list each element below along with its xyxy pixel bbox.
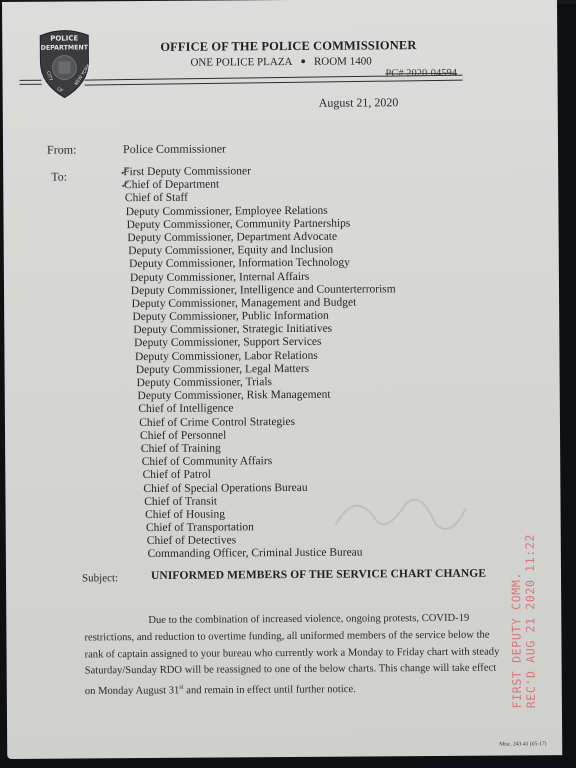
recipient-name: Deputy Commissioner, Trials xyxy=(137,376,272,389)
received-stamp: FIRST DEPUTY COMM. REC'D AUG 21 2020 11:… xyxy=(509,534,538,709)
recipient-name: Chief of Detectives xyxy=(147,535,237,548)
recipient-name: Deputy Commissioner, Legal Matters xyxy=(136,363,309,376)
from-label: From: xyxy=(47,142,76,157)
recipient-name: Chief of Department xyxy=(124,179,219,192)
form-code: Misc. 243-41 (05-17) xyxy=(499,741,546,747)
from-value: Police Commissioner xyxy=(123,141,226,157)
check-mark-icon: ✓ xyxy=(120,179,129,192)
memo-date: August 21, 2020 xyxy=(319,95,399,111)
bullet-separator-icon: ● xyxy=(300,56,306,66)
recipient-name: Deputy Commissioner, Management and Budg… xyxy=(132,296,357,310)
recipient-item: Commanding Officer, Criminal Justice Bur… xyxy=(148,547,398,562)
recipient-name: Chief of Transportation xyxy=(146,521,254,534)
recipient-name: Chief of Staff xyxy=(125,192,188,204)
recipient-name: Commanding Officer, Criminal Justice Bur… xyxy=(148,547,363,561)
svg-text:DEPARTMENT: DEPARTMENT xyxy=(41,44,89,51)
memo-page: POLICE DEPARTMENT CITY OF NEW YORK OFFIC… xyxy=(2,0,562,759)
address-room: ROOM 1400 xyxy=(314,55,372,67)
address-plaza: ONE POLICE PLAZA xyxy=(190,56,292,69)
stamp-line-received: REC'D AUG 21 2020 11:22 xyxy=(523,534,538,708)
subject-label: Subject: xyxy=(82,572,118,584)
recipient-name: Deputy Commissioner, Risk Management xyxy=(137,389,330,402)
check-mark-icon: ✓ xyxy=(119,166,128,179)
recipient-name: Deputy Commissioner, Information Technol… xyxy=(129,257,350,271)
recipient-name: Chief of Crime Control Strategies xyxy=(139,416,295,429)
to-label: To: xyxy=(51,170,67,185)
recipient-name: Deputy Commissioner, Labor Relations xyxy=(135,349,318,362)
recipient-name: First Deputy Commissioner xyxy=(123,165,251,178)
pc-number: PC# 2020-04594 xyxy=(385,68,457,79)
body-paragraph: Due to the combination of increased viol… xyxy=(84,611,501,701)
recipient-name: Chief of Housing xyxy=(145,508,225,521)
recipient-name: Chief of Personnel xyxy=(140,429,226,442)
recipient-name: Deputy Commissioner, Department Advocate xyxy=(127,231,337,244)
office-title: OFFICE OF THE POLICE COMMISSIONER xyxy=(160,38,416,55)
recipient-name: Chief of Patrol xyxy=(143,469,211,481)
recipient-name: Deputy Commissioner, Public Information xyxy=(132,310,328,323)
recipient-name: Deputy Commissioner, Strategic Initiativ… xyxy=(133,323,332,336)
office-address: ONE POLICE PLAZA●ROOM 1400 xyxy=(190,55,371,68)
svg-text:POLICE: POLICE xyxy=(50,34,78,42)
recipient-name: Chief of Training xyxy=(141,442,221,455)
stamp-line-office: FIRST DEPUTY COMM. xyxy=(509,534,524,708)
recipient-name: Deputy Commissioner, Community Partnersh… xyxy=(127,217,351,231)
recipient-name: Deputy Commissioner, Internal Affairs xyxy=(130,270,310,283)
bleed-through-signature xyxy=(325,484,475,545)
recipient-name: Deputy Commissioner, Employee Relations xyxy=(126,204,328,217)
recipient-name: Deputy Commissioner, Support Services xyxy=(134,336,321,349)
recipient-name: Deputy Commissioner, Equity and Inclusio… xyxy=(128,244,333,257)
letterhead-rule-left xyxy=(20,80,42,85)
recipient-name: Chief of Transit xyxy=(144,495,217,508)
recipient-name: Chief of Intelligence xyxy=(138,403,233,416)
nypd-shield-badge-icon: POLICE DEPARTMENT CITY OF NEW YORK xyxy=(36,27,93,99)
recipient-name: Deputy Commissioner, Intelligence and Co… xyxy=(131,283,396,297)
subject-value: UNIFORMED MEMBERS OF THE SERVICE CHART C… xyxy=(151,568,486,582)
recipient-name: Chief of Community Affairs xyxy=(142,455,273,468)
memo-body: Due to the combination of increased viol… xyxy=(84,611,501,701)
recipient-name: Chief of Special Operations Bureau xyxy=(143,481,307,494)
